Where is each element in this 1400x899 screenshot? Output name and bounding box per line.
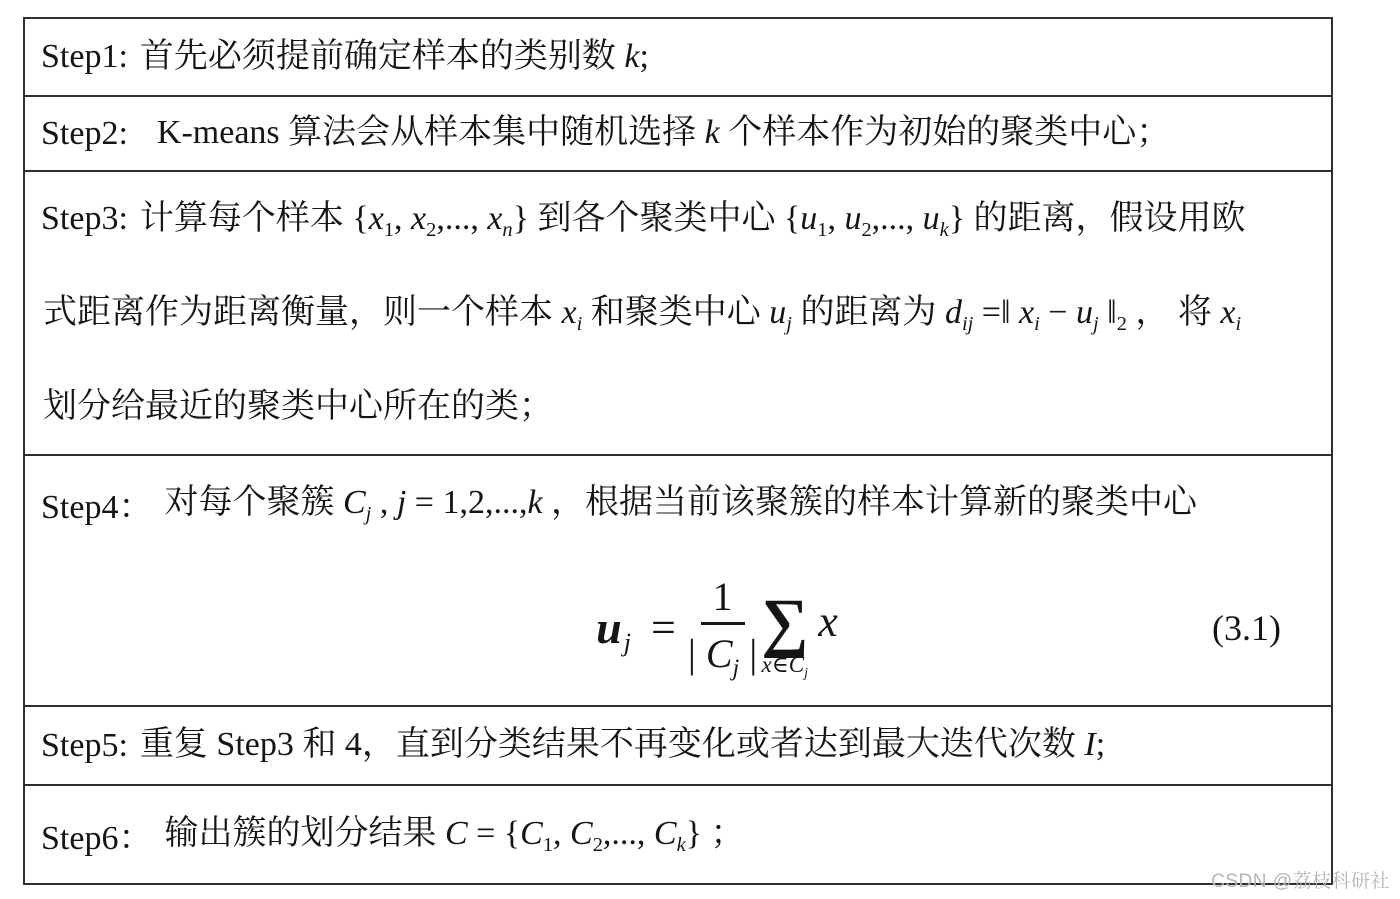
step2-text: K-means 算法会从样本集中随机选择 k 个样本作为初始的聚类中心； xyxy=(140,112,1170,155)
step1-row: Step1: 首先必须提前确定样本的类别数 k; xyxy=(25,19,1331,97)
step2-label: Step2: xyxy=(41,115,128,153)
step2-row: Step2: K-means 算法会从样本集中随机选择 k 个样本作为初始的聚类… xyxy=(25,97,1331,172)
fraction-numerator: 1 xyxy=(701,576,745,625)
step3-label: Step3: xyxy=(41,200,128,238)
sigma-symbol: ∑ xyxy=(761,595,808,651)
step3-text-1: 计算每个样本 {x1, x2,..., xn} 到各个聚类中心 {u1, u2,… xyxy=(140,198,1246,241)
step3-line-1: Step3: 计算每个样本 {x1, x2,..., xn} 到各个聚类中心 {… xyxy=(41,172,1313,266)
equation-uj: u j = 1 | Cj | ∑ x∈Cj x xyxy=(596,576,838,679)
equals-sign: = xyxy=(651,602,676,653)
u-subscript: j xyxy=(624,628,631,658)
step3-line-3: 划分给最近的聚类中心所在的类； xyxy=(41,360,1313,454)
step1-text: 首先必须提前确定样本的类别数 k; xyxy=(140,36,649,79)
step5-text: 重复 Step3 和 4，直到分类结果不再变化或者达到最大迭代次数 I; xyxy=(140,724,1105,767)
equation-row: u j = 1 | Cj | ∑ x∈Cj x (3.1) xyxy=(41,550,1313,705)
watermark: CSDN @荔枝科研社 xyxy=(1211,866,1390,893)
step4-row: Step4： 对每个聚簇 Cj , j = 1,2,...,k ，根据当前该聚簇… xyxy=(25,456,1331,707)
step3-row: Step3: 计算每个样本 {x1, x2,..., xn} 到各个聚类中心 {… xyxy=(25,172,1331,456)
step3-text-2: 式距离作为距离衡量，则一个样本 xi 和聚类中心 uj 的距离为 dij =‖ … xyxy=(43,292,1241,335)
summation-subscript: x∈Cj xyxy=(762,653,808,676)
step5-label: Step5: xyxy=(41,727,128,765)
fraction: 1 | Cj | xyxy=(688,576,757,679)
fraction-denominator: | Cj | xyxy=(688,625,757,679)
step1-label: Step1: xyxy=(41,38,128,76)
summation: ∑ x∈Cj xyxy=(761,595,808,676)
equation-number: (3.1) xyxy=(1212,607,1281,649)
step3-line-2: 式距离作为距离衡量，则一个样本 xi 和聚类中心 uj 的距离为 dij =‖ … xyxy=(41,266,1313,360)
step6-label: Step6： xyxy=(41,810,152,859)
document-page: Step1: 首先必须提前确定样本的类别数 k; Step2: K-means … xyxy=(0,0,1400,899)
step4-text: 对每个聚簇 Cj , j = 1,2,...,k ，根据当前该聚簇的样本计算新的… xyxy=(164,482,1197,525)
summand-x: x xyxy=(818,596,838,647)
u-symbol: u xyxy=(596,601,622,654)
step4-line-1: Step4： 对每个聚簇 Cj , j = 1,2,...,k ，根据当前该聚簇… xyxy=(41,456,1313,550)
step3-text-3: 划分给最近的聚类中心所在的类； xyxy=(43,386,553,429)
step6-row: Step6： 输出簇的划分结果 C = {C1, C2,..., Ck} ； xyxy=(25,786,1331,883)
step4-label: Step4： xyxy=(41,479,152,528)
kmeans-steps-table: Step1: 首先必须提前确定样本的类别数 k; Step2: K-means … xyxy=(23,17,1333,885)
step5-row: Step5: 重复 Step3 和 4，直到分类结果不再变化或者达到最大迭代次数… xyxy=(25,707,1331,786)
step6-text: 输出簇的划分结果 C = {C1, C2,..., Ck} ； xyxy=(164,813,744,856)
